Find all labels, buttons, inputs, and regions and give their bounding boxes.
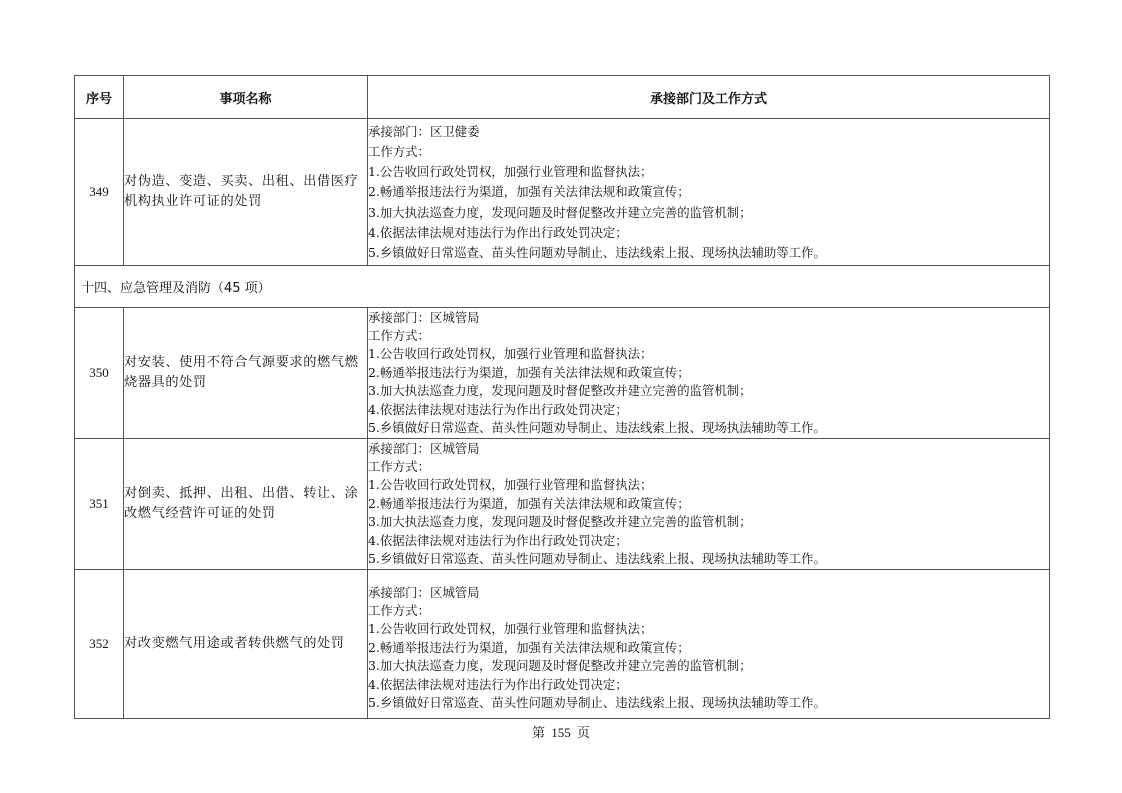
method-step: 5.乡镇做好日常巡查、苗头性问题劝导制止、违法线索上报、现场执法辅助等工作。 <box>368 243 1049 263</box>
table-header-row: 序号 事项名称 承接部门及工作方式 <box>75 76 1050 119</box>
method-step: 2.畅通举报违法行为渠道，加强有关法律法规和政策宣传； <box>368 364 1049 382</box>
method-step: 4.依据法律法规对违法行为作出行政处罚决定； <box>368 401 1049 419</box>
method-step: 4.依据法律法规对违法行为作出行政处罚决定； <box>368 676 1049 694</box>
row-item-name: 对伪造、变造、买卖、出租、出借医疗机构执业许可证的处罚 <box>124 119 368 266</box>
method-step: 4.依据法律法规对违法行为作出行政处罚决定； <box>368 223 1049 243</box>
method-step: 2.畅通举报违法行为渠道，加强有关法律法规和政策宣传； <box>368 182 1049 202</box>
row-dept-method: 承接部门：区卫健委 工作方式： 1.公告收回行政处罚权，加强行业管理和监督执法；… <box>368 119 1050 266</box>
section-row: 十四、应急管理及消防（45 项） <box>75 266 1050 308</box>
method-step: 1.公告收回行政处罚权，加强行业管理和监督执法； <box>368 345 1049 363</box>
method-step: 2.畅通举报违法行为渠道，加强有关法律法规和政策宣传； <box>368 639 1049 657</box>
method-step: 5.乡镇做好日常巡查、苗头性问题劝导制止、违法线索上报、现场执法辅助等工作。 <box>368 694 1049 712</box>
row-dept-method: 承接部门：区城管局 工作方式： 1.公告收回行政处罚权，加强行业管理和监督执法；… <box>368 570 1050 719</box>
method-step: 5.乡镇做好日常巡查、苗头性问题劝导制止、违法线索上报、现场执法辅助等工作。 <box>368 550 1049 568</box>
method-label: 工作方式： <box>368 327 1049 345</box>
method-label: 工作方式： <box>368 142 1049 162</box>
method-step: 4.依据法律法规对违法行为作出行政处罚决定； <box>368 532 1049 550</box>
dept-line: 承接部门：区城管局 <box>368 584 1049 602</box>
row-item-name: 对倒卖、抵押、出租、出借、转让、涂改燃气经营许可证的处罚 <box>124 439 368 570</box>
method-step: 1.公告收回行政处罚权，加强行业管理和监督执法； <box>368 162 1049 182</box>
table-row: 350 对安装、使用不符合气源要求的燃气燃烧器具的处罚 承接部门：区城管局 工作… <box>75 308 1050 439</box>
dept-line: 承接部门：区卫健委 <box>368 122 1049 142</box>
method-label: 工作方式： <box>368 458 1049 476</box>
row-seq: 351 <box>75 439 124 570</box>
dept-line: 承接部门：区城管局 <box>368 309 1049 327</box>
table-row: 349 对伪造、变造、买卖、出租、出借医疗机构执业许可证的处罚 承接部门：区卫健… <box>75 119 1050 266</box>
row-dept-method: 承接部门：区城管局 工作方式： 1.公告收回行政处罚权，加强行业管理和监督执法；… <box>368 308 1050 439</box>
row-item-name: 对安装、使用不符合气源要求的燃气燃烧器具的处罚 <box>124 308 368 439</box>
table-row: 351 对倒卖、抵押、出租、出借、转让、涂改燃气经营许可证的处罚 承接部门：区城… <box>75 439 1050 570</box>
header-item-name: 事项名称 <box>124 76 368 119</box>
header-seq: 序号 <box>75 76 124 119</box>
method-step: 3.加大执法巡查力度，发现问题及时督促整改并建立完善的监管机制； <box>368 382 1049 400</box>
method-step: 5.乡镇做好日常巡查、苗头性问题劝导制止、违法线索上报、现场执法辅助等工作。 <box>368 419 1049 437</box>
document-page: 序号 事项名称 承接部门及工作方式 349 对伪造、变造、买卖、出租、出借医疗机… <box>0 0 1122 793</box>
row-item-name: 对改变燃气用途或者转供燃气的处罚 <box>124 570 368 719</box>
method-label: 工作方式： <box>368 602 1049 620</box>
row-seq: 350 <box>75 308 124 439</box>
method-step: 2.畅通举报违法行为渠道，加强有关法律法规和政策宣传； <box>368 495 1049 513</box>
row-dept-method: 承接部门：区城管局 工作方式： 1.公告收回行政处罚权，加强行业管理和监督执法；… <box>368 439 1050 570</box>
table-row: 352 对改变燃气用途或者转供燃气的处罚 承接部门：区城管局 工作方式： 1.公… <box>75 570 1050 719</box>
items-table: 序号 事项名称 承接部门及工作方式 349 对伪造、变造、买卖、出租、出借医疗机… <box>74 75 1050 719</box>
method-step: 3.加大执法巡查力度，发现问题及时督促整改并建立完善的监管机制； <box>368 513 1049 531</box>
row-seq: 349 <box>75 119 124 266</box>
method-step: 1.公告收回行政处罚权，加强行业管理和监督执法； <box>368 476 1049 494</box>
method-step: 3.加大执法巡查力度，发现问题及时督促整改并建立完善的监管机制； <box>368 657 1049 675</box>
method-step: 1.公告收回行政处罚权，加强行业管理和监督执法； <box>368 620 1049 638</box>
row-seq: 352 <box>75 570 124 719</box>
header-dept-method: 承接部门及工作方式 <box>368 76 1050 119</box>
method-step: 3.加大执法巡查力度，发现问题及时督促整改并建立完善的监管机制； <box>368 203 1049 223</box>
section-title: 十四、应急管理及消防（45 项） <box>75 266 1050 308</box>
page-number: 第 155 页 <box>0 722 1122 741</box>
dept-line: 承接部门：区城管局 <box>368 440 1049 458</box>
